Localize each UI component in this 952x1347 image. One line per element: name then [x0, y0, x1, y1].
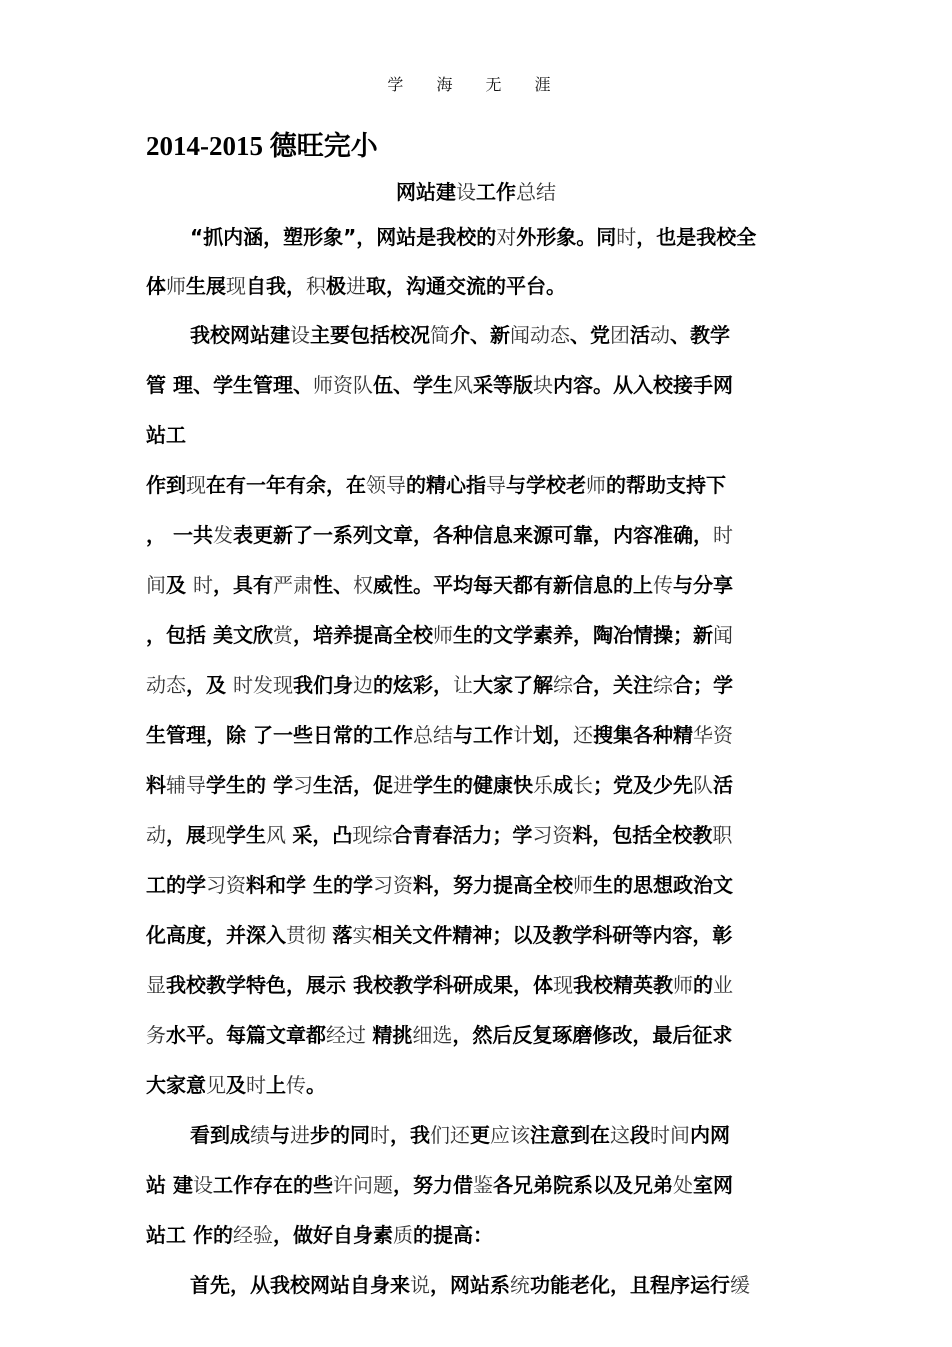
- text-segment: 学生: [226, 823, 266, 847]
- text-segment: 与学校老: [506, 473, 586, 497]
- text-segment: 各兄弟院系以及兄弟: [493, 1173, 673, 1197]
- text-segment: ；党及少先: [593, 773, 693, 797]
- text-segment: 的帮助支持下: [606, 473, 726, 497]
- text-segment: 、党: [570, 323, 610, 347]
- text-segment: 习资: [373, 873, 413, 897]
- text-segment: 与: [270, 1123, 290, 1147]
- text-segment: 这: [610, 1123, 630, 1147]
- text-segment: 师: [433, 623, 453, 647]
- paragraph-line: 站工: [146, 420, 826, 450]
- text-segment: 现: [553, 973, 573, 997]
- text-segment: 料和学 生的学: [246, 873, 373, 897]
- text-segment: 威性。平均每天都有新信息的上: [373, 573, 653, 597]
- text-segment: 精挑: [372, 1023, 412, 1047]
- text-segment: 时: [370, 1123, 390, 1147]
- text-segment: 华资: [693, 723, 733, 747]
- text-segment: ，包括 美文欣: [146, 623, 273, 647]
- document-title: 2014-2015 德旺完小: [146, 124, 378, 163]
- text-segment: 应该: [490, 1123, 530, 1147]
- text-segment: 贯彻: [286, 923, 332, 947]
- text-segment: 表更新了一系列文章，各种信息来源可靠，内容准确，: [233, 523, 713, 547]
- paragraph-line: 站 建设工作存在的些许问题，努力借鉴各兄弟院系以及兄弟处室网: [146, 1170, 826, 1200]
- text-segment: 师: [166, 274, 186, 298]
- text-segment: 辅导: [166, 773, 206, 797]
- text-segment: 室网: [693, 1173, 733, 1197]
- text-segment: 风: [453, 373, 473, 397]
- text-segment: 工作存在的些: [213, 1173, 333, 1197]
- text-segment: 积: [306, 274, 326, 298]
- text-segment: 质: [393, 1223, 413, 1247]
- text-segment: 伍、学生: [373, 373, 453, 397]
- text-segment: 功能老化，且程序运行: [530, 1273, 730, 1297]
- text-segment: 料，包括全校教: [572, 823, 712, 847]
- text-segment: 的提高：: [413, 1223, 493, 1247]
- text-segment: 上: [266, 1073, 286, 1097]
- text-segment: 学生的健康快: [413, 773, 533, 797]
- text-segment: ，培养提高全校: [293, 623, 433, 647]
- text-segment: 长: [573, 773, 593, 797]
- text-segment: 首先，从我校网站自身来: [190, 1273, 410, 1297]
- text-segment: 经过: [326, 1023, 372, 1047]
- text-segment: 综: [653, 673, 673, 697]
- text-segment: 动态: [146, 673, 186, 697]
- text-segment: 职: [712, 823, 732, 847]
- paragraph-line: 体师生展现自我，积极进取，沟通交流的平台。: [146, 271, 826, 301]
- text-segment: 合，关注: [573, 673, 653, 697]
- paragraph-line: 大家意见及时上传。: [146, 1070, 826, 1100]
- text-segment: 在有一年有余，在: [206, 473, 366, 497]
- text-segment: 料，努力提高全校: [413, 873, 573, 897]
- text-segment: 团: [610, 323, 630, 347]
- text-segment: 主要包括校况: [310, 323, 430, 347]
- text-segment: 师: [586, 473, 606, 497]
- text-segment: 网站建: [396, 180, 456, 204]
- text-segment: 导: [486, 473, 506, 497]
- text-segment: 极: [326, 274, 346, 298]
- paragraph-line: 看到成绩与进步的同时，我们还更应该注意到在这段时间内网: [190, 1120, 870, 1150]
- text-segment: 取，沟通交流的平台。: [366, 274, 566, 298]
- text-segment: 说: [410, 1273, 430, 1297]
- text-segment: 我校教学特色，展示 我校教学科研成果，体: [166, 973, 553, 997]
- text-segment: 设: [193, 1173, 213, 1197]
- text-segment: 还: [573, 723, 593, 747]
- text-segment: 动: [650, 323, 670, 347]
- text-segment: 们还: [430, 1123, 470, 1147]
- text-segment: 站工: [146, 423, 186, 447]
- text-segment: 间: [146, 573, 166, 597]
- text-segment: 看到成: [190, 1123, 250, 1147]
- text-segment: 划，: [533, 723, 573, 747]
- text-segment: 生管理，除 了一些日常的工作: [146, 723, 413, 747]
- text-segment: 师资队: [313, 373, 373, 397]
- text-segment: 性、: [313, 573, 353, 597]
- text-segment: 化高度，并深入: [146, 923, 286, 947]
- text-segment: 作到: [146, 473, 186, 497]
- paragraph-line: ， 一共发表更新了一系列文章，各种信息来源可靠，内容准确，时: [146, 520, 826, 550]
- text-segment: 时: [246, 1073, 266, 1097]
- text-segment: 合青春活力；学: [392, 823, 532, 847]
- text-segment: 块: [533, 373, 553, 397]
- text-segment: 时: [193, 573, 213, 597]
- text-segment: ，也是我校全: [636, 225, 756, 249]
- text-segment: ，我: [390, 1123, 430, 1147]
- text-segment: 与分享: [673, 573, 733, 597]
- text-segment: 进: [346, 274, 366, 298]
- paragraph-line: 显我校教学特色，展示 我校教学科研成果，体现我校精英教师的业: [146, 970, 826, 1000]
- document-subtitle: 网站建设工作总结: [0, 176, 952, 205]
- text-segment: 外形象。同: [516, 225, 616, 249]
- text-segment: 处: [673, 1173, 693, 1197]
- text-segment: 业: [713, 973, 733, 997]
- text-segment: ， 一共: [146, 523, 213, 547]
- paragraph-line: 化高度，并深入贯彻 落实相关文件精神；以及教学科研等内容，彰: [146, 920, 826, 950]
- paragraph-line: 工的学习资料和学 生的学习资料，努力提高全校师生的思想政治文: [146, 870, 826, 900]
- text-segment: 我校精英教: [573, 973, 673, 997]
- text-segment: 统: [510, 1273, 530, 1297]
- paragraph-line: 管 理、学生管理、师资队伍、学生风采等版块内容。从入校接手网: [146, 370, 826, 400]
- text-segment: 注意到在: [530, 1123, 610, 1147]
- text-segment: 时间: [650, 1123, 690, 1147]
- text-segment: 与工作: [453, 723, 513, 747]
- text-segment: 采，凸: [292, 823, 352, 847]
- text-segment: 现: [226, 274, 246, 298]
- text-segment: 现: [206, 823, 226, 847]
- text-segment: 现综: [352, 823, 392, 847]
- text-segment: 及: [166, 573, 193, 597]
- text-segment: 采等版: [473, 373, 533, 397]
- text-segment: 习: [293, 773, 313, 797]
- text-segment: 工作: [476, 180, 516, 204]
- text-segment: 队: [693, 773, 713, 797]
- paragraph-line: 生管理，除 了一些日常的工作总结与工作计划，还搜集各种精华资: [146, 720, 826, 750]
- text-segment: 简: [430, 323, 450, 347]
- text-segment: 进: [393, 773, 413, 797]
- text-segment: 自我，: [246, 274, 306, 298]
- text-segment: 的炫彩，: [373, 673, 453, 697]
- text-segment: 时发现: [233, 673, 293, 697]
- paragraph-line: ，包括 美文欣赏，培养提高全校师生的文学素养，陶冶情操；新闻: [146, 620, 826, 650]
- text-segment: 经验: [233, 1223, 273, 1247]
- paragraph-line: 我校网站建设主要包括校况简介、新闻动态、党团活动、教学: [190, 320, 870, 350]
- text-segment: 体: [146, 274, 166, 298]
- text-segment: 综: [553, 673, 573, 697]
- text-segment: 水平。每篇文章都: [166, 1023, 326, 1047]
- text-segment: 务: [146, 1023, 166, 1047]
- text-segment: 段: [630, 1123, 650, 1147]
- text-segment: 生的思想政治文: [593, 873, 733, 897]
- text-segment: 进: [290, 1123, 310, 1147]
- text-segment: ，做好自身素: [273, 1223, 393, 1247]
- text-segment: ，展: [166, 823, 206, 847]
- text-segment: 师: [673, 973, 693, 997]
- text-segment: 计: [513, 723, 533, 747]
- paragraph-line: 动，展现学生风 采，凸现综合青春活力；学习资料，包括全校教职: [146, 820, 826, 850]
- text-segment: 时: [616, 225, 636, 249]
- text-segment: 赏: [273, 623, 293, 647]
- text-segment: 料: [146, 773, 166, 797]
- text-segment: 设: [456, 180, 476, 204]
- text-segment: 见: [206, 1073, 226, 1097]
- paragraph-line: 首先，从我校网站自身来说，网站系统功能老化，且程序运行缓: [190, 1270, 870, 1300]
- text-segment: 绩: [250, 1123, 270, 1147]
- text-segment: 许问题: [333, 1173, 393, 1197]
- text-segment: 习资: [206, 873, 246, 897]
- text-segment: 总结: [516, 180, 556, 204]
- paragraph-line: “抓内涵，塑形象”，网站是我校的对外形象。同时，也是我校全: [190, 222, 870, 252]
- text-segment: “抓内涵，塑形象”，网站是我校的: [190, 225, 496, 249]
- paragraph-line: 间及 时，具有严肃性、权威性。平均每天都有新信息的上传与分享: [146, 570, 826, 600]
- text-segment: 领导: [366, 473, 406, 497]
- text-segment: ，然后反复琢磨修改，最后征求: [452, 1023, 732, 1047]
- text-segment: 站 建: [146, 1173, 193, 1197]
- paragraph-line: 料辅导学生的 学习生活，促进学生的健康快乐成长；党及少先队活: [146, 770, 826, 800]
- paragraph-line: 动态，及 时发现我们身边的炫彩，让大家了解综合，关注综合；学: [146, 670, 826, 700]
- text-segment: 相关文件精神；以及教学科研等内容，彰: [372, 923, 732, 947]
- text-segment: 习资: [532, 823, 572, 847]
- text-segment: 闻动态: [510, 323, 570, 347]
- text-segment: 活: [713, 773, 733, 797]
- text-segment: 闻: [713, 623, 733, 647]
- text-segment: 大家了解: [473, 673, 553, 697]
- text-segment: 及: [226, 1073, 246, 1097]
- text-segment: 现: [186, 473, 206, 497]
- text-segment: 动: [146, 823, 166, 847]
- text-segment: 风: [266, 823, 292, 847]
- page-header: 学 海 无 涯: [0, 72, 952, 95]
- text-segment: 设: [290, 323, 310, 347]
- text-segment: 的精心指: [406, 473, 486, 497]
- text-segment: 实: [352, 923, 372, 947]
- text-segment: 显: [146, 973, 166, 997]
- text-segment: 更: [470, 1123, 490, 1147]
- text-segment: 我校网站建: [190, 323, 290, 347]
- text-segment: 对: [496, 225, 516, 249]
- text-segment: 生活，促: [313, 773, 393, 797]
- text-segment: 时: [713, 523, 733, 547]
- text-segment: 权: [353, 573, 373, 597]
- text-segment: 内网: [690, 1123, 730, 1147]
- text-segment: 成: [553, 773, 573, 797]
- text-segment: 传: [286, 1073, 306, 1097]
- text-segment: 大家意: [146, 1073, 206, 1097]
- text-segment: 站工 作的: [146, 1223, 233, 1247]
- text-segment: 的: [693, 973, 713, 997]
- text-segment: 管 理、学生管理、: [146, 373, 313, 397]
- text-segment: 介、新: [450, 323, 510, 347]
- text-segment: 工的学: [146, 873, 206, 897]
- paragraph-line: 站工 作的经验，做好自身素质的提高：: [146, 1220, 826, 1250]
- text-segment: 、教学: [670, 323, 730, 347]
- text-segment: 鉴: [473, 1173, 493, 1197]
- text-segment: 活: [630, 323, 650, 347]
- paragraph-line: 务水平。每篇文章都经过 精挑细选，然后反复琢磨修改，最后征求: [146, 1020, 826, 1050]
- paragraph-line: 作到现在有一年有余，在领导的精心指导与学校老师的帮助支持下: [146, 470, 826, 500]
- text-segment: 落: [332, 923, 352, 947]
- text-segment: 生展: [186, 274, 226, 298]
- text-segment: 搜集各种精: [593, 723, 693, 747]
- text-segment: 总结: [413, 723, 453, 747]
- text-segment: 生的文学素养，陶冶情操；新: [453, 623, 713, 647]
- text-segment: 细选: [412, 1023, 452, 1047]
- text-segment: 步的同: [310, 1123, 370, 1147]
- text-segment: 发: [213, 523, 233, 547]
- text-segment: ，努力借: [393, 1173, 473, 1197]
- text-segment: ，具有: [213, 573, 273, 597]
- text-segment: ，网站系: [430, 1273, 510, 1297]
- text-segment: 内容。从入校接手网: [553, 373, 733, 397]
- text-segment: 。: [306, 1073, 326, 1097]
- text-segment: 严肃: [273, 573, 313, 597]
- text-segment: 师: [573, 873, 593, 897]
- text-segment: 让: [453, 673, 473, 697]
- text-segment: 传: [653, 573, 673, 597]
- text-segment: 缓: [730, 1273, 750, 1297]
- text-segment: 乐: [533, 773, 553, 797]
- text-segment: 合；学: [673, 673, 733, 697]
- text-segment: 边: [353, 673, 373, 697]
- text-segment: 我们身: [293, 673, 353, 697]
- text-segment: 学生的 学: [206, 773, 293, 797]
- text-segment: ，及: [186, 673, 233, 697]
